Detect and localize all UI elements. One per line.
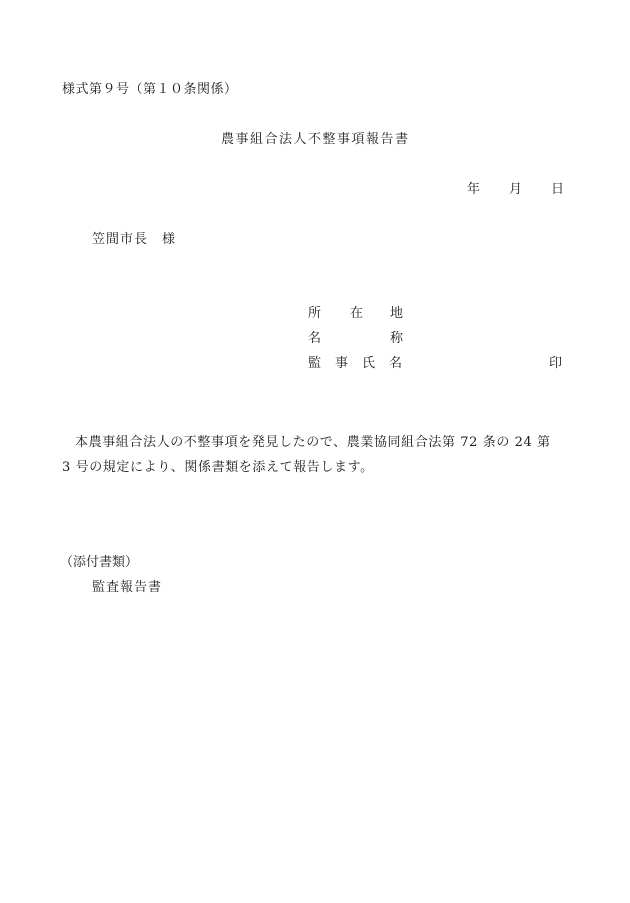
addressee-name: 笠間市長 <box>92 232 148 247</box>
label-char: 名 <box>389 356 402 371</box>
attachment-item: 監査報告書 <box>92 580 162 596</box>
auditor-name-field-label: 監事氏名 <box>308 356 402 372</box>
label-char: 所 <box>308 306 350 322</box>
label-char: 称 <box>390 331 403 346</box>
document-title: 農事組合法人不整事項報告書 <box>221 132 410 148</box>
seal-mark: 印 <box>549 356 562 372</box>
date-year-label: 年 <box>467 182 509 198</box>
label-char: 事 <box>335 356 362 372</box>
attachments-heading: （添付書類） <box>60 555 138 571</box>
label-char: 氏 <box>362 356 389 372</box>
name-field-label: 名称 <box>308 331 403 347</box>
body-line-1: 本農事組合法人の不整事項を発見したので、農業協同組合法第 72 条の 24 第 <box>62 430 572 455</box>
form-number: 様式第９号（第１０条関係） <box>62 82 238 98</box>
body-line-2: 3 号の規定により、関係書類を添えて報告します。 <box>62 455 572 480</box>
date-month-label: 月 <box>509 182 551 198</box>
label-char: 地 <box>390 306 403 321</box>
date-line: 年月日 <box>467 182 564 198</box>
label-char: 在 <box>350 306 390 322</box>
date-day-label: 日 <box>551 182 564 198</box>
label-char: 名 <box>308 331 390 347</box>
label-char: 監 <box>308 356 335 372</box>
location-field-label: 所在地 <box>308 306 403 322</box>
addressee-honorific: 様 <box>162 232 176 247</box>
report-body: 本農事組合法人の不整事項を発見したので、農業協同組合法第 72 条の 24 第 … <box>62 430 572 480</box>
addressee: 笠間市長様 <box>92 232 176 248</box>
